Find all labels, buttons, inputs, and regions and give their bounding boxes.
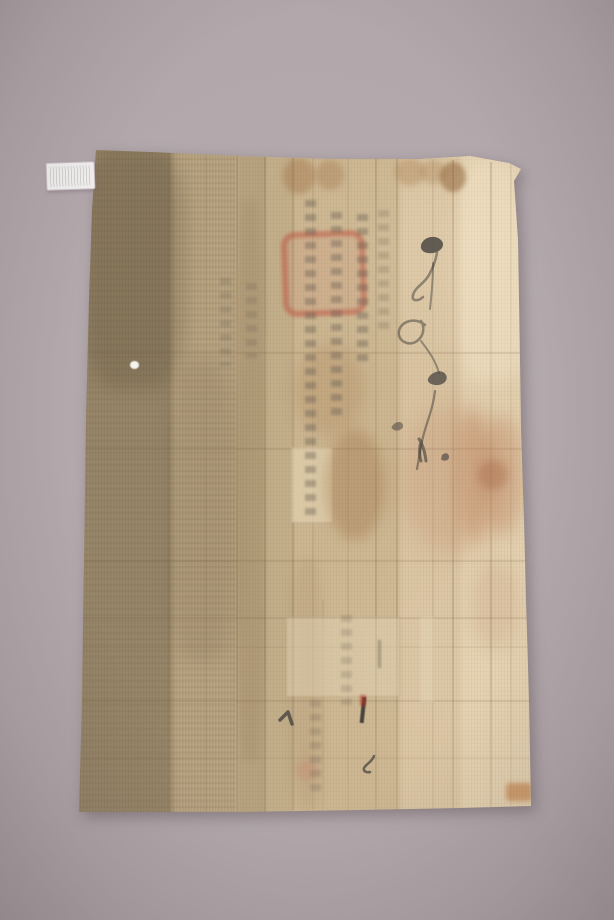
manuscript-verso — [0, 0, 614, 920]
ink-check-mark — [278, 710, 298, 728]
sheet-seam — [80, 757, 530, 759]
dark-stain-topright — [440, 162, 466, 192]
document-shadow — [0, 0, 614, 920]
tone-light-topright — [455, 160, 531, 380]
text-bleedthrough-column — [305, 200, 316, 520]
water-stain — [283, 158, 315, 194]
text-bleedthrough-column — [357, 214, 368, 364]
water-stain — [470, 560, 520, 650]
seal-impression — [281, 230, 368, 318]
text-bleedthrough-column — [341, 615, 352, 705]
faint-ink-streak — [378, 640, 381, 668]
text-bleedthrough-column — [246, 283, 257, 358]
text-bleedthrough-column — [310, 700, 321, 795]
fold-crease — [168, 150, 170, 812]
paper-hole-spot — [130, 361, 139, 369]
archive-label-lines — [50, 165, 92, 186]
fold-crease — [205, 150, 207, 812]
photo-backdrop — [0, 0, 614, 920]
archive-label — [46, 161, 96, 191]
fold-crease — [264, 154, 266, 812]
cursive-ink-signature — [385, 225, 455, 475]
water-stain — [325, 430, 385, 540]
ink-hook-mark — [362, 754, 378, 772]
repair-patch-strip — [420, 617, 434, 702]
tone-dark-midleft — [168, 360, 236, 660]
text-bleedthrough-column — [331, 212, 342, 422]
sheet-seam — [81, 700, 530, 702]
sheet-seam — [82, 560, 526, 562]
red-ink-streak — [360, 695, 366, 706]
water-stain — [316, 160, 344, 190]
fold-crease — [236, 152, 238, 812]
orange-stain-bottomright — [506, 783, 532, 801]
text-bleedthrough-column — [220, 278, 231, 366]
crease-stain-knot — [478, 460, 508, 490]
